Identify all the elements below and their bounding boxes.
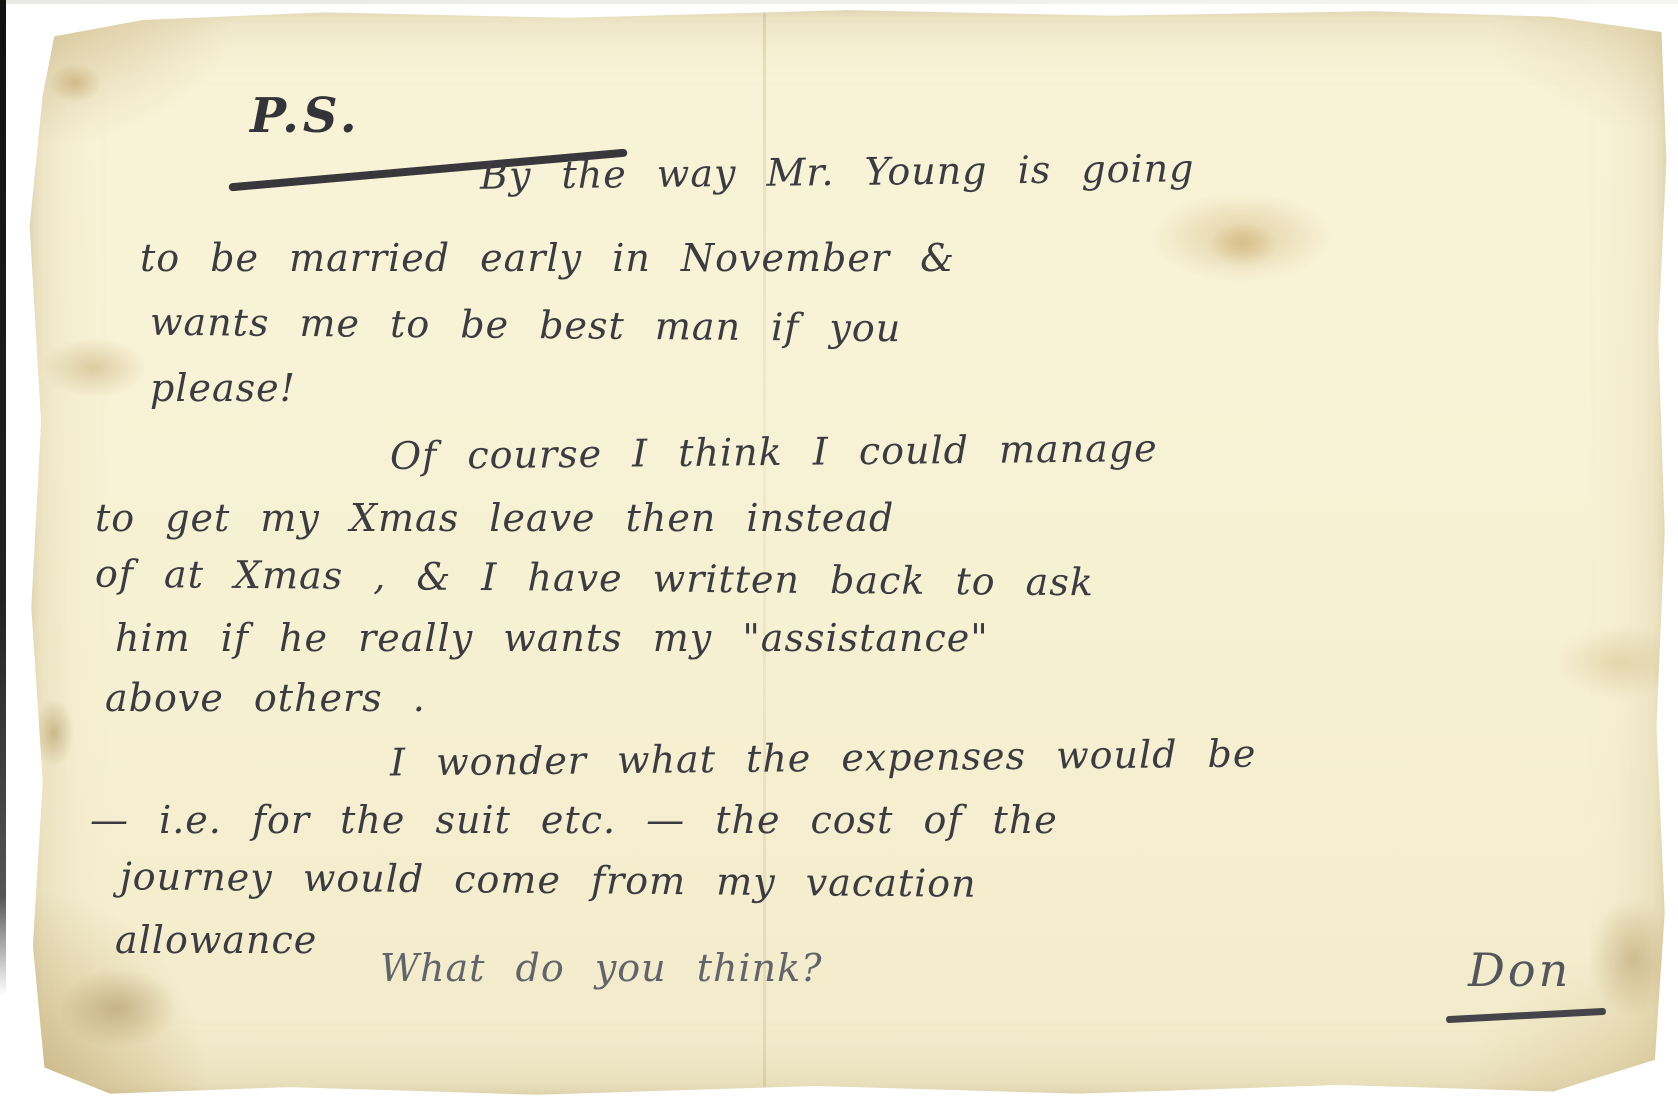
handwriting-line: above others . — [105, 676, 426, 720]
paper-stain — [1208, 223, 1278, 267]
letter-paper: P.S. By the way Mr. Young is going to be… — [28, 8, 1668, 1098]
postscript-heading: P.S. — [250, 88, 361, 144]
scanned-letter: P.S. By the way Mr. Young is going to be… — [0, 0, 1678, 1107]
handwriting-line: Of course I think I could manage — [390, 426, 1158, 478]
handwriting-line: By the way Mr. Young is going — [480, 146, 1195, 197]
paper-stain — [58, 968, 178, 1048]
paper-stain — [48, 63, 102, 103]
handwriting-line: journey would come from my vacation — [120, 854, 977, 905]
handwriting-line: to be married early in November & — [140, 236, 955, 280]
scan-edge-top — [0, 0, 1678, 4]
handwriting-line: please! — [150, 366, 296, 410]
paper-stain — [1588, 898, 1668, 1018]
closing-question: What do you think? — [380, 946, 823, 990]
handwriting-line: of at Xmas , & I have written back to as… — [95, 552, 1094, 605]
scan-edge-left — [0, 0, 6, 995]
handwriting-line: him if he really wants my "assistance" — [115, 616, 989, 660]
handwriting-line: I wonder what the expenses would be — [390, 731, 1257, 784]
handwriting-line: wants me to be best man if you — [150, 300, 902, 351]
paper-stain — [34, 698, 74, 768]
signature-underline — [1446, 1008, 1606, 1023]
handwriting-line: to get my Xmas leave then instead — [95, 496, 894, 540]
handwriting-line: allowance — [115, 918, 317, 962]
signature: Don — [1468, 943, 1571, 997]
handwriting-line: — i.e. for the suit etc. — the cost of t… — [90, 798, 1058, 842]
